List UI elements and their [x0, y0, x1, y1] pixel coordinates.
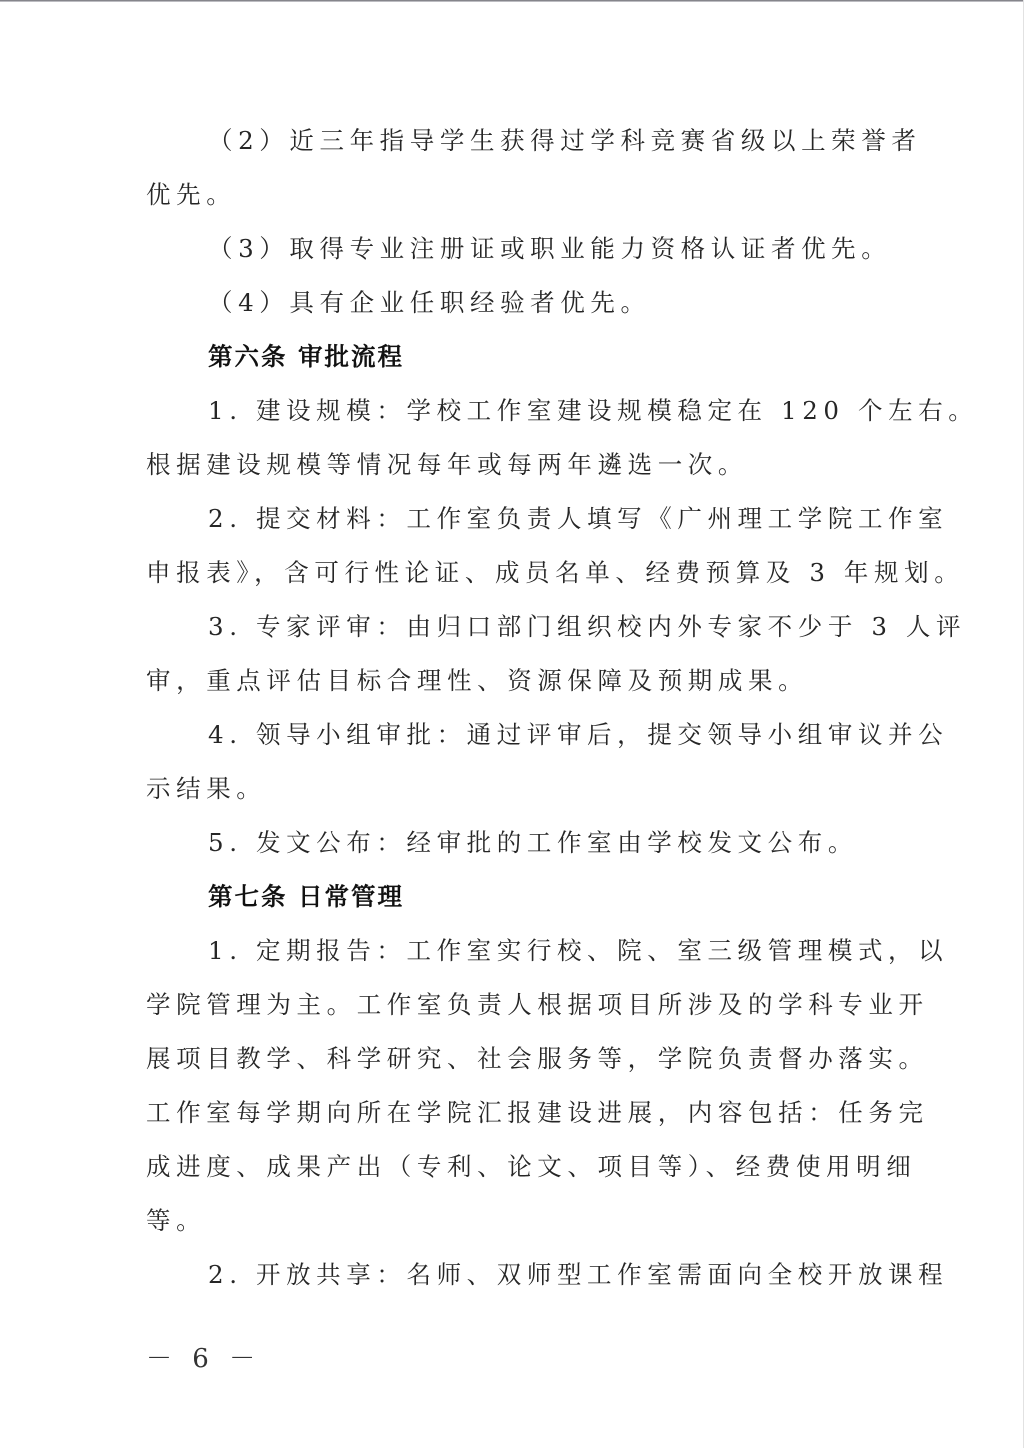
criterion-2-line-2: 优先。 — [146, 180, 236, 210]
article-6-item-2-line-2: 申报表》，含可行性论证、成员名单、经费预算及 3 年规划。 — [146, 558, 964, 588]
article-6-item-1-line-2: 根据建设规模等情况每年或每两年遴选一次。 — [146, 450, 748, 480]
criterion-4: （4）具有企业任职经验者优先。 — [208, 288, 651, 318]
article-7-item-1-line-6: 等。 — [146, 1206, 206, 1236]
article-7-item-1-line-1: 1. 定期报告：工作室实行校、院、室三级管理模式，以 — [208, 936, 948, 966]
article-6-item-5: 5. 发文公布：经审批的工作室由学校发文公布。 — [208, 828, 858, 858]
article-6-item-3-line-1: 3. 专家评审：由归口部门组织校内外专家不少于 3 人评 — [208, 612, 966, 642]
page-number: － 6 － — [146, 1344, 261, 1374]
scan-edge-top — [0, 0, 1024, 2]
article-7-item-2-line-1: 2. 开放共享：名师、双师型工作室需面向全校开放课程 — [208, 1260, 948, 1290]
article-7-item-1-line-4: 工作室每学期向所在学院汇报建设进展，内容包括：任务完 — [146, 1098, 929, 1128]
article-6-item-4-line-2: 示结果。 — [146, 774, 266, 804]
article-7-item-1-line-2: 学院管理为主。工作室负责人根据项目所涉及的学科专业开 — [146, 990, 929, 1020]
criterion-3: （3）取得专业注册证或职业能力资格认证者优先。 — [208, 234, 891, 264]
article-6-item-3-line-2: 审，重点评估目标合理性、资源保障及预期成果。 — [146, 666, 808, 696]
article-7-heading: 第七条 日常管理 — [208, 882, 404, 912]
article-6-heading: 第六条 审批流程 — [208, 342, 404, 372]
article-7-item-1-line-3: 展项目教学、科学研究、社会服务等，学院负责督办落实。 — [146, 1044, 929, 1074]
article-7-item-1-line-5: 成进度、成果产出（专利、论文、项目等）、经费使用明细 — [146, 1152, 916, 1182]
article-6-item-1-line-1: 1. 建设规模：学校工作室建设规模稳定在 120 个左右。 — [208, 396, 978, 426]
criterion-2-line-1: （2）近三年指导学生获得过学科竞赛省级以上荣誉者 — [208, 126, 922, 156]
article-6-item-4-line-1: 4. 领导小组审批：通过评审后，提交领导小组审议并公 — [208, 720, 948, 750]
article-6-item-2-line-1: 2. 提交材料：工作室负责人填写《广州理工学院工作室 — [208, 504, 948, 534]
